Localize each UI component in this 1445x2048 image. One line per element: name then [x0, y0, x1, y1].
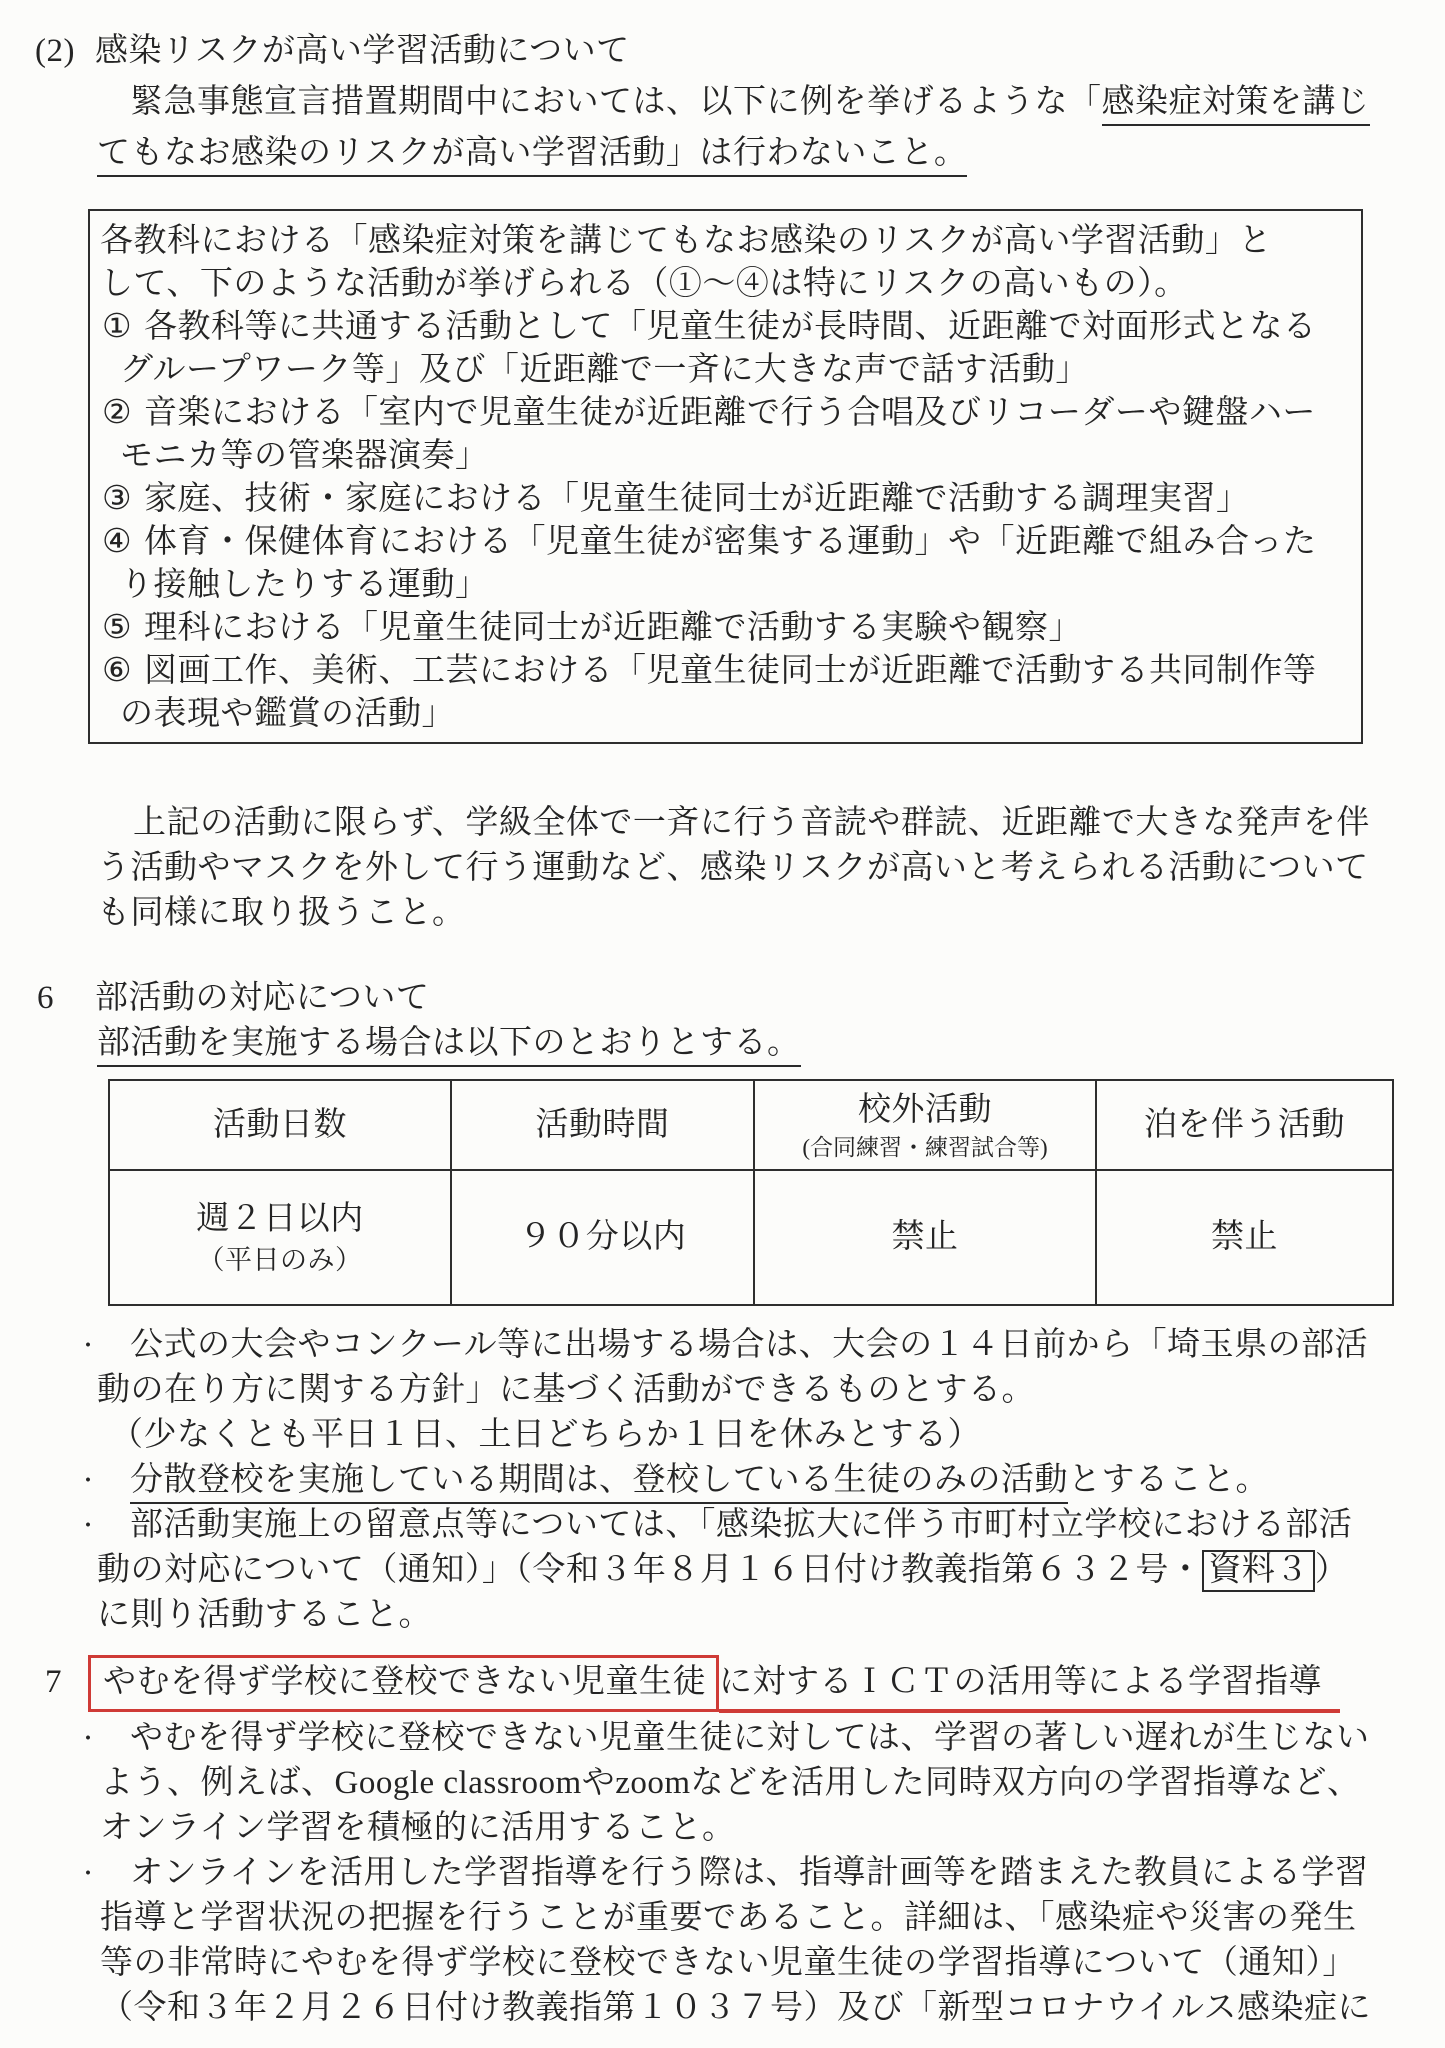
club-activity-table: 活動日数 活動時間 校外活動(合同練習・練習試合等) 泊を伴う活動 週２日以内（…: [108, 1079, 1394, 1306]
note-line2: う活動やマスクを外して行う運動など、感染リスクが高いと考えられる活動について: [97, 846, 1445, 891]
document-reference-frame: 資料３: [1202, 1550, 1315, 1592]
section2-number: (2): [35, 26, 95, 77]
item-marker: ①: [102, 306, 144, 349]
bullet-marker: ・: [77, 1323, 130, 1368]
risk-item-5: ⑤理科における「児童生徒同士が近距離で活動する実験や観察」: [102, 607, 1351, 650]
section6-subtitle: 部活動を実施する場合は以下のとおりとする。: [97, 1021, 1445, 1066]
item-marker: ③: [102, 478, 144, 521]
bullet-marker: ・: [77, 1458, 130, 1503]
risk-activities-box: 各教科における「感染症対策を講じてもなお感染のリスクが高い学習活動」と して、下…: [88, 209, 1363, 744]
bullet-line: ・分散登校を実施している期間は、登校している生徒のみの活動とすること。: [77, 1458, 1445, 1503]
section7-number: 7: [45, 1662, 88, 1702]
bullet-line: ・部活動実施上の留意点等については、「感染拡大に伴う市町村立学校における部活: [77, 1503, 1445, 1548]
bullet-paren: （少なくとも平日１日、土日どちらか１日を休みとする）: [110, 1413, 1445, 1458]
red-underlined-text: に対するＩＣＴの活用等による学習指導: [719, 1664, 1340, 1713]
bullet-cont: オンライン学習を積極的に活用すること。: [100, 1806, 1445, 1851]
note-line1: 上記の活動に限らず、学級全体で一斉に行う音読や群読、近距離で大きな発声を伴: [97, 801, 1445, 846]
risk-item-4-cont: り接触したりする運動」: [120, 564, 1351, 607]
underlined-text: 分散登校を実施している期間は、登校している生徒のみの活動: [130, 1462, 1068, 1504]
bullet-cont: 等の非常時にやむを得ず学校に登校できない児童生徒の学習指導について（通知）」: [100, 1941, 1445, 1986]
risk-item-2: ②音楽における「室内で児童生徒が近距離で行う合唱及びリコーダーや鍵盤ハー: [102, 392, 1351, 435]
section2-heading: (2)感染リスクが高い学習活動について: [0, 26, 1445, 77]
table-header-row: 活動日数 活動時間 校外活動(合同練習・練習試合等) 泊を伴う活動: [109, 1080, 1393, 1170]
item-marker: ④: [102, 521, 144, 564]
header-cell-activity-days: 活動日数: [109, 1080, 451, 1170]
underlined-text: 感染症対策を講じ: [1102, 84, 1370, 126]
item-marker: ⑥: [102, 650, 144, 693]
section6-heading: 6部活動の対応について: [0, 976, 1445, 1021]
section6-bullets: ・公式の大会やコンクール等に出場する場合は、大会の１４日前から「埼玉県の部活 動…: [0, 1323, 1445, 1638]
risk-item-2-cont: モニカ等の管楽器演奏」: [120, 435, 1351, 478]
section2-paragraph-line2: てもなお感染のリスクが高い学習活動」は行わないこと。: [97, 128, 1445, 179]
header-cell-overnight-activity: 泊を伴う活動: [1096, 1080, 1393, 1170]
item-marker: ②: [102, 392, 144, 435]
bullet-line: ・オンラインを活用した学習指導を行う際は、指導計画等を踏まえた教員による学習: [77, 1851, 1445, 1896]
bullet-marker: ・: [77, 1851, 130, 1896]
red-highlight-frame: やむを得ず学校に登校できない児童生徒: [88, 1655, 719, 1712]
cell-overnight-activity: 禁止: [1096, 1170, 1393, 1305]
risk-box-intro-line2: して、下のような活動が挙げられる（①～④は特にリスクの高いもの）。: [100, 263, 1351, 306]
risk-item-4: ④体育・保健体育における「児童生徒が密集する運動」や「近距離で組み合った: [102, 521, 1351, 564]
section2-paragraph-line1: 緊急事態宣言措置期間中においては、以下に例を挙げるような「感染症対策を講じ: [130, 77, 1445, 128]
table-body-row: 週２日以内（平日のみ） ９０分以内 禁止 禁止: [109, 1170, 1393, 1305]
cell-offsite-activity: 禁止: [754, 1170, 1096, 1305]
risk-item-6: ⑥図画工作、美術、工芸における「児童生徒同士が近距離で活動する共同制作等: [102, 650, 1351, 693]
section6-title: 部活動の対応について: [95, 980, 429, 1016]
bullet-line: ・やむを得ず学校に登校できない児童生徒に対しては、学習の著しい遅れが生じない: [77, 1716, 1445, 1761]
risk-item-3: ③家庭、技術・家庭における「児童生徒同士が近距離で活動する調理実習」: [102, 478, 1351, 521]
bullet-cont: よう、例えば、Google classroomやzoomなどを活用した同時双方向…: [100, 1761, 1445, 1806]
bullet-cont: 動の対応について（通知）」（令和３年８月１６日付け教義指第６３２号・資料３）: [97, 1548, 1445, 1593]
section7-heading: 7やむを得ず学校に登校できない児童生徒に対するＩＣＴの活用等による学習指導: [0, 1662, 1445, 1702]
underlined-text: てもなお感染のリスクが高い学習活動」は行わないこと。: [97, 135, 967, 177]
section7-bullets: ・やむを得ず学校に登校できない児童生徒に対しては、学習の著しい遅れが生じない よ…: [0, 1716, 1445, 2031]
risk-item-1-cont: グループワーク等」及び「近距離で一斉に大きな声で話す活動」: [120, 349, 1351, 392]
underlined-text: 部活動を実施する場合は以下のとおりとする。: [97, 1025, 801, 1067]
bullet-cont: （令和３年２月２６日付け教義指第１０３７号）及び「新型コロナウイルス感染症に: [100, 1986, 1445, 2031]
bullet-cont: 指導と学習状況の把握を行うことが重要であること。詳細は、「感染症や災害の発生: [100, 1896, 1445, 1941]
section2-title: 感染リスクが高い学習活動について: [95, 33, 630, 69]
note-line3: も同様に取り扱うこと。: [97, 891, 1445, 936]
bullet-cont: に則り活動すること。: [97, 1593, 1445, 1638]
risk-item-1: ①各教科等に共通する活動として「児童生徒が長時間、近距離で対面形式となる: [102, 306, 1351, 349]
section6-number: 6: [37, 976, 95, 1021]
bullet-line: ・公式の大会やコンクール等に出場する場合は、大会の１４日前から「埼玉県の部活: [77, 1323, 1445, 1368]
risk-box-intro-line1: 各教科における「感染症対策を講じてもなお感染のリスクが高い学習活動」と: [100, 220, 1351, 263]
document-page: (2)感染リスクが高い学習活動について 緊急事態宣言措置期間中においては、以下に…: [0, 0, 1445, 2048]
bullet-marker: ・: [77, 1503, 130, 1548]
note-paragraph: 上記の活動に限らず、学級全体で一斉に行う音読や群読、近距離で大きな発声を伴 う活…: [97, 801, 1445, 936]
header-cell-activity-time: 活動時間: [451, 1080, 754, 1170]
risk-item-6-cont: の表現や鑑賞の活動」: [120, 693, 1351, 736]
cell-activity-time: ９０分以内: [451, 1170, 754, 1305]
item-marker: ⑤: [102, 607, 144, 650]
cell-activity-days: 週２日以内（平日のみ）: [109, 1170, 451, 1305]
header-cell-offsite-activity: 校外活動(合同練習・練習試合等): [754, 1080, 1096, 1170]
bullet-cont: 動の在り方に関する方針」に基づく活動ができるものとする。: [97, 1368, 1445, 1413]
bullet-marker: ・: [77, 1716, 130, 1761]
